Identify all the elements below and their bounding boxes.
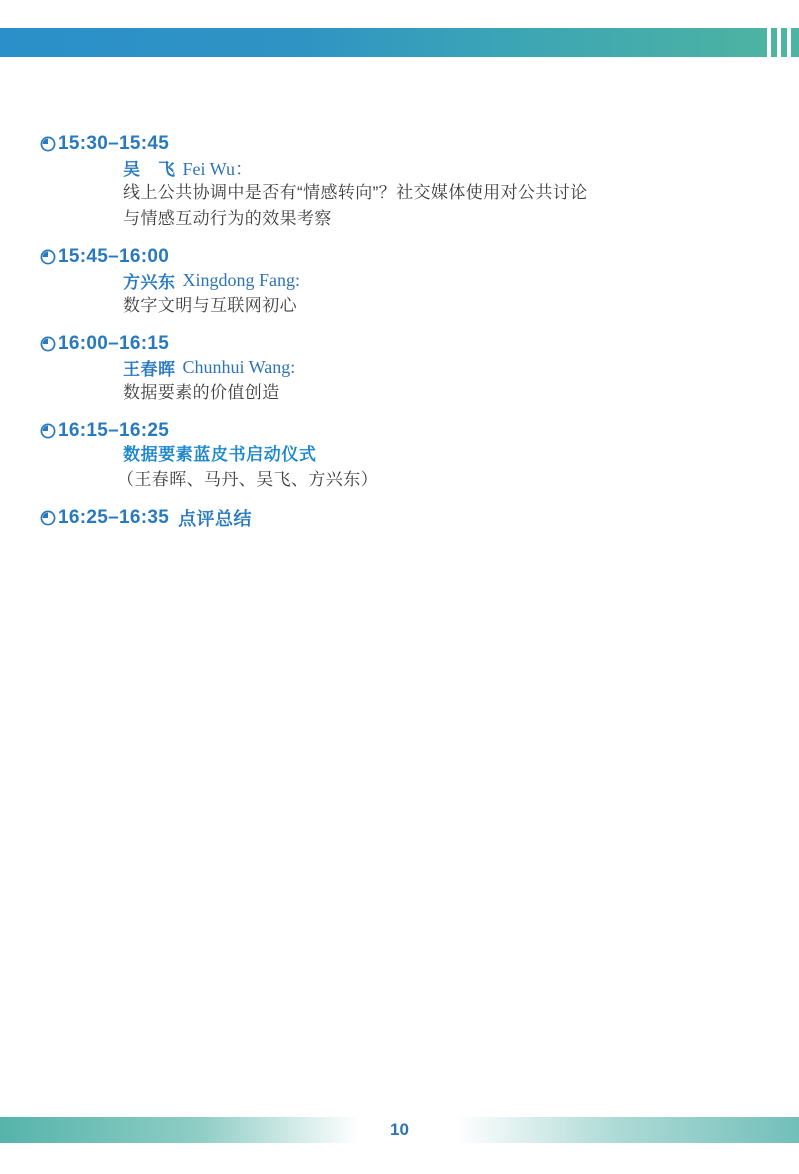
participants-note: （王春晖、马丹、吴飞、方兴东） xyxy=(117,467,769,493)
time-row: 15:30–15:45 xyxy=(40,133,769,155)
time-label: 15:45–16:00 xyxy=(58,246,169,268)
speaker-name-cn: 方兴东 xyxy=(123,268,176,293)
speaker-name-en: Fei Wu： xyxy=(183,155,253,181)
top-banner xyxy=(0,28,799,57)
clock-icon xyxy=(40,423,56,439)
entry-detail: 王春晖 Chunhui Wang: 数据要素的价值创造 xyxy=(123,355,769,406)
entry-detail: 吴 飞 Fei Wu： 线上公共协调中是否有“情感转向”？社交媒体使用对公共讨论… xyxy=(123,155,769,232)
talk-title-line: 线上公共协调中是否有“情感转向”？社交媒体使用对公共讨论 xyxy=(123,180,769,206)
session-inline-title: 点评总结 xyxy=(178,505,252,531)
entry-detail: 数据要素蓝皮书启动仪式 （王春晖、马丹、吴飞、方兴东） xyxy=(123,442,769,493)
clock-icon xyxy=(40,136,56,152)
schedule-entry: 15:30–15:45 吴 飞 Fei Wu： 线上公共协调中是否有“情感转向”… xyxy=(40,133,769,232)
time-row: 16:00–16:15 xyxy=(40,333,769,355)
talk-title-line: 与情感互动行为的效果考察 xyxy=(123,206,769,232)
clock-icon xyxy=(40,510,56,526)
entry-detail: 方兴东 Xingdong Fang: 数字文明与互联网初心 xyxy=(123,268,769,319)
time-label: 16:15–16:25 xyxy=(58,420,169,442)
program-page: 15:30–15:45 吴 飞 Fei Wu： 线上公共协调中是否有“情感转向”… xyxy=(0,0,799,1174)
schedule-entry: 16:15–16:25 数据要素蓝皮书启动仪式 （王春晖、马丹、吴飞、方兴东） xyxy=(40,420,769,493)
ceremony-title: 数据要素蓝皮书启动仪式 xyxy=(123,442,769,467)
schedule-entry: 15:45–16:00 方兴东 Xingdong Fang: 数字文明与互联网初… xyxy=(40,246,769,319)
time-row: 16:15–16:25 xyxy=(40,420,769,442)
speaker-name-en: Xingdong Fang: xyxy=(183,270,301,291)
speaker-name-en: Chunhui Wang: xyxy=(183,357,296,378)
speaker-row: 王春晖 Chunhui Wang: xyxy=(123,355,769,380)
page-number: 10 xyxy=(390,1120,409,1140)
footer-banner: 10 xyxy=(0,1117,799,1143)
speaker-name-cn: 王春晖 xyxy=(123,355,176,380)
time-label: 16:00–16:15 xyxy=(58,333,169,355)
schedule-entry: 16:00–16:15 王春晖 Chunhui Wang: 数据要素的价值创造 xyxy=(40,333,769,406)
time-label: 15:30–15:45 xyxy=(58,133,169,155)
speaker-row: 方兴东 Xingdong Fang: xyxy=(123,268,769,293)
clock-icon xyxy=(40,336,56,352)
talk-title-line: 数字文明与互联网初心 xyxy=(123,293,769,319)
speaker-name-cn: 吴 飞 xyxy=(123,155,176,180)
banner-gradient-bar xyxy=(0,28,767,57)
time-label: 16:25–16:35 xyxy=(58,507,169,529)
talk-title-line: 数据要素的价值创造 xyxy=(123,380,769,406)
clock-icon xyxy=(40,249,56,265)
schedule-list: 15:30–15:45 吴 飞 Fei Wu： 线上公共协调中是否有“情感转向”… xyxy=(40,133,769,543)
schedule-entry: 16:25–16:35 点评总结 xyxy=(40,507,769,529)
banner-stripe xyxy=(791,28,799,57)
time-row: 15:45–16:00 xyxy=(40,246,769,268)
speaker-row: 吴 飞 Fei Wu： xyxy=(123,155,769,180)
time-row: 16:25–16:35 点评总结 xyxy=(40,507,769,529)
